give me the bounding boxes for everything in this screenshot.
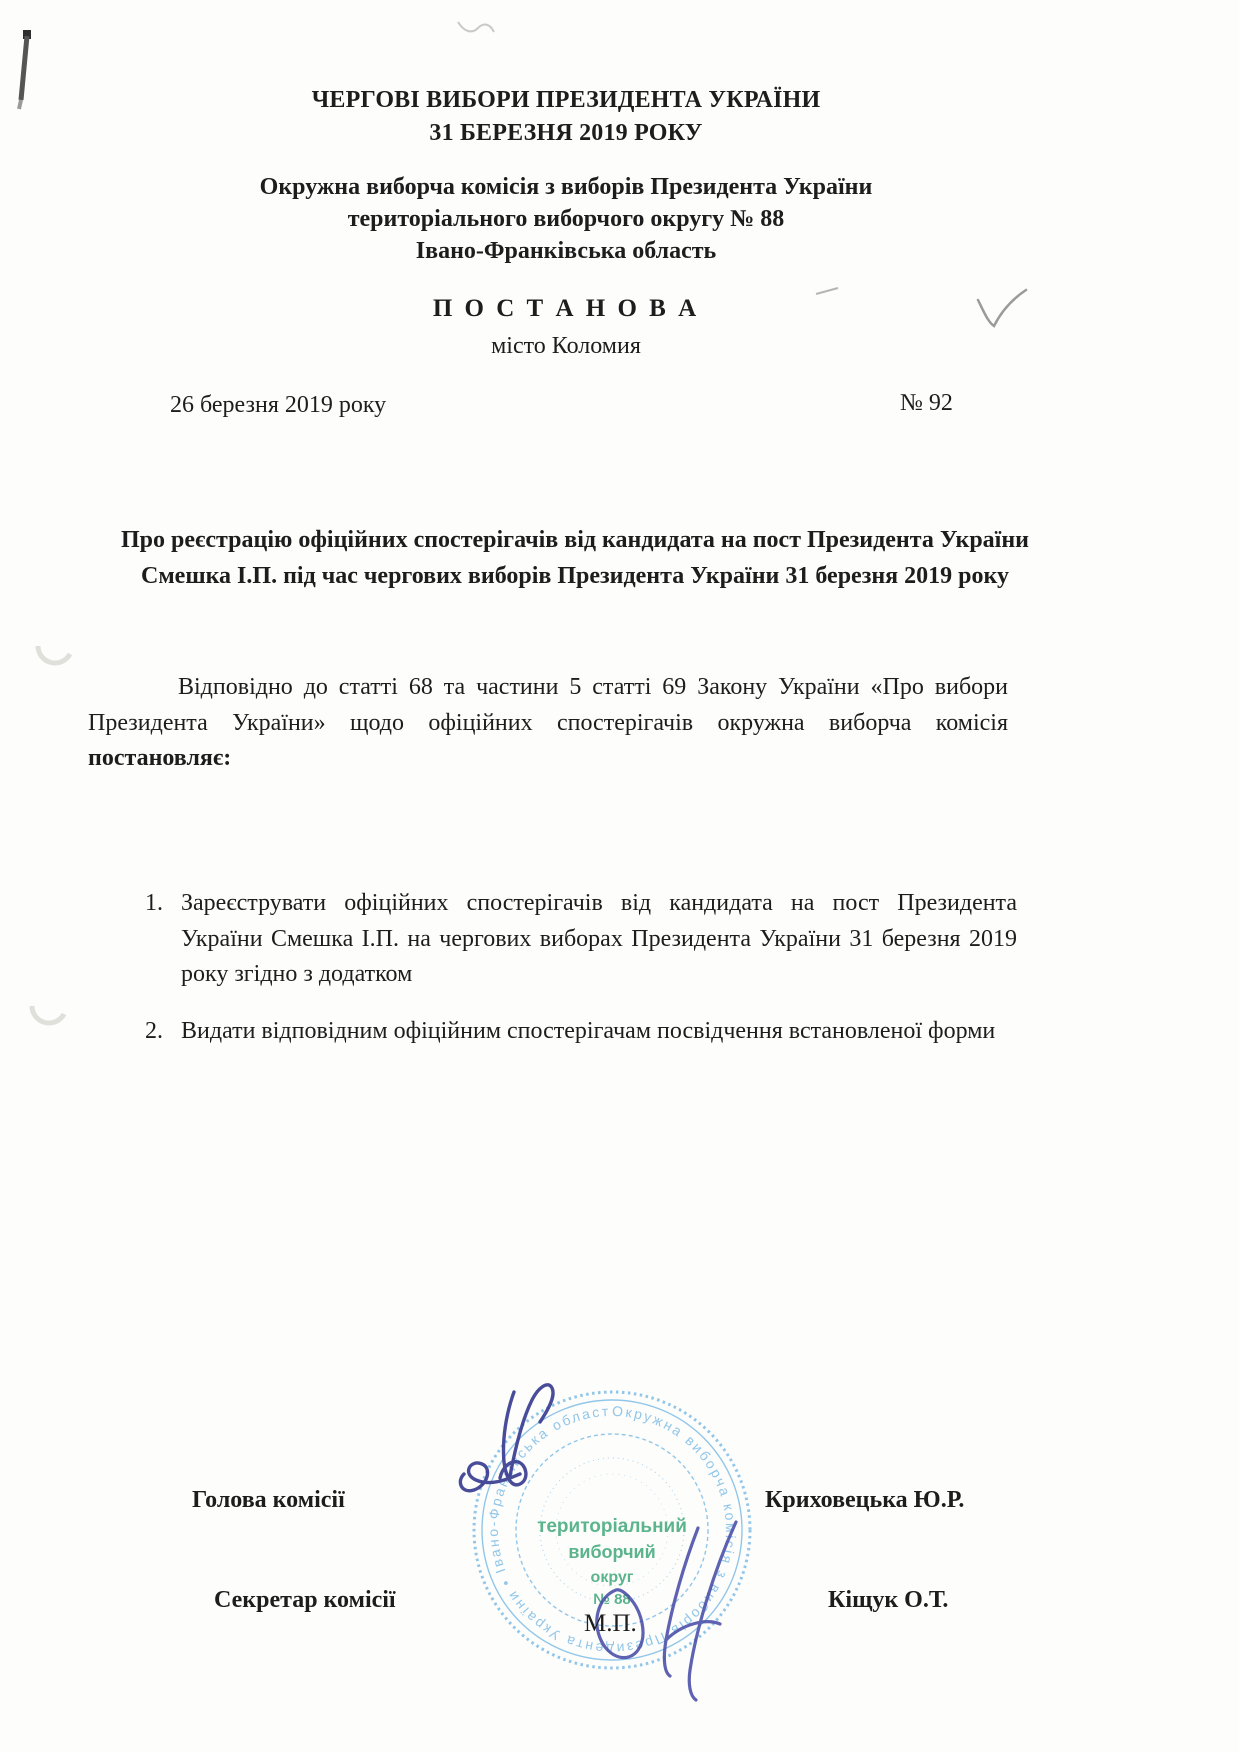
document-type-heading: П О С Т А Н О В А — [0, 295, 1132, 323]
chair-label: Голова комісії — [192, 1487, 345, 1514]
scanned-document: { "doc": { "header": { "line1": "ЧЕРГОВІ… — [0, 0, 1239, 1752]
seal-placeholder-label: М.П. — [584, 1610, 637, 1638]
list-item-2: 2. Видати відповідним офіційним спостері… — [145, 1014, 1017, 1050]
chair-name: Криховецька Ю.Р. — [765, 1487, 964, 1514]
pencil-dash-artifact — [816, 288, 838, 294]
document-header: ЧЕРГОВІ ВИБОРИ ПРЕЗИДЕНТА УКРАЇНИ 31 БЕР… — [0, 84, 1132, 150]
commission-line-3: Івано-Франківська область — [0, 235, 1132, 267]
intro-resolves-word: постановляє: — [88, 745, 231, 771]
list-item-1-number: 1. — [145, 886, 181, 993]
intro-paragraph: Відповідно до статті 68 та частини 5 ста… — [88, 670, 1008, 777]
chair-signature — [452, 1372, 592, 1532]
header-line-1: ЧЕРГОВІ ВИБОРИ ПРЕЗИДЕНТА УКРАЇНИ — [0, 84, 1132, 117]
commission-line-1: Окружна виборча комісія з виборів Презид… — [0, 171, 1132, 203]
scan-crease-artifact-1 — [38, 646, 70, 663]
commission-block: Окружна виборча комісія з виборів Презид… — [0, 171, 1132, 267]
header-line-2: 31 БЕРЕЗНЯ 2019 РОКУ — [0, 117, 1132, 150]
commission-line-2: територіального виборчого округу № 88 — [0, 203, 1132, 235]
secretary-label: Секретар комісії — [214, 1587, 396, 1614]
chair-signature-stroke — [460, 1385, 553, 1491]
secretary-name: Кіщук О.Т. — [828, 1587, 948, 1614]
scan-crease-artifact-2 — [32, 1006, 64, 1023]
list-item-1-text: Зареєструвати офіційних спостерігачів ві… — [181, 886, 1017, 993]
pen-squiggle-artifact — [458, 22, 494, 32]
list-item-2-number: 2. — [145, 1014, 181, 1050]
intro-text: Відповідно до статті 68 та частини 5 ста… — [88, 674, 1008, 736]
list-item-1: 1. Зареєструвати офіційних спостерігачів… — [145, 886, 1017, 993]
staple-scan-artifact-head — [23, 30, 31, 39]
document-date: 26 березня 2019 року — [170, 392, 386, 419]
document-city: місто Коломия — [0, 333, 1132, 360]
document-number: № 92 — [900, 390, 953, 417]
list-item-2-text: Видати відповідним офіційним спостерігач… — [181, 1014, 1017, 1050]
document-title: Про реєстрацію офіційних спостерігачів в… — [95, 522, 1055, 594]
